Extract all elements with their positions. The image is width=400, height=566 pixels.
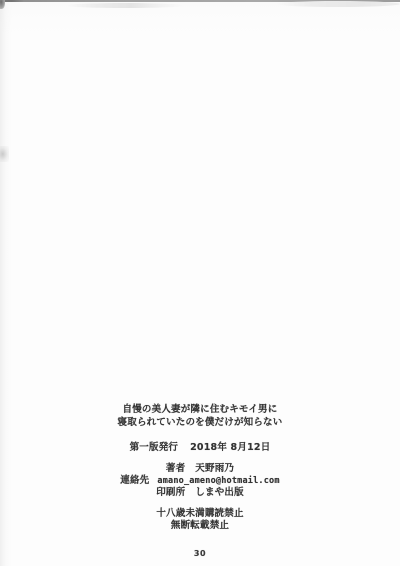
author-line: 著者 天野雨乃 [0, 463, 400, 475]
printer-label: 印刷所 [156, 487, 185, 499]
printer-line: 印刷所 しまや出版 [0, 487, 400, 499]
age-restriction-notice: 十八歳未満購読禁止 [0, 508, 400, 520]
scan-smudge-top-right [275, 1, 400, 7]
scan-left-edge-smudge [0, 146, 9, 162]
page-number: 30 [0, 549, 400, 559]
printer-name: しまや出版 [195, 487, 244, 499]
author-name: 天野雨乃 [195, 463, 234, 475]
book-title-line-1: 自慢の美人妻が隣に住むキモイ男に [0, 404, 400, 416]
contact-email: amano_ameno@hotmail.com [157, 475, 279, 487]
book-title-line-2: 寝取られていたのを僕だけが知らない [0, 417, 400, 429]
author-label: 著者 [166, 463, 185, 475]
edition-label: 第一版発行 [130, 442, 179, 454]
contact-label: 連絡先 [120, 475, 149, 487]
edition-date: 2018年 8月12日 [190, 442, 270, 454]
scan-smudge-top-left [65, 3, 185, 8]
scanned-page: 自慢の美人妻が隣に住むキモイ男に 寝取られていたのを僕だけが知らない 第一版発行… [0, 0, 400, 566]
contact-line: 連絡先 amano_ameno@hotmail.com [0, 475, 400, 487]
no-reproduction-notice: 無断転載禁止 [0, 520, 400, 532]
edition-line: 第一版発行 2018年 8月12日 [0, 442, 400, 454]
colophon-block: 自慢の美人妻が隣に住むキモイ男に 寝取られていたのを僕だけが知らない 第一版発行… [0, 404, 400, 559]
